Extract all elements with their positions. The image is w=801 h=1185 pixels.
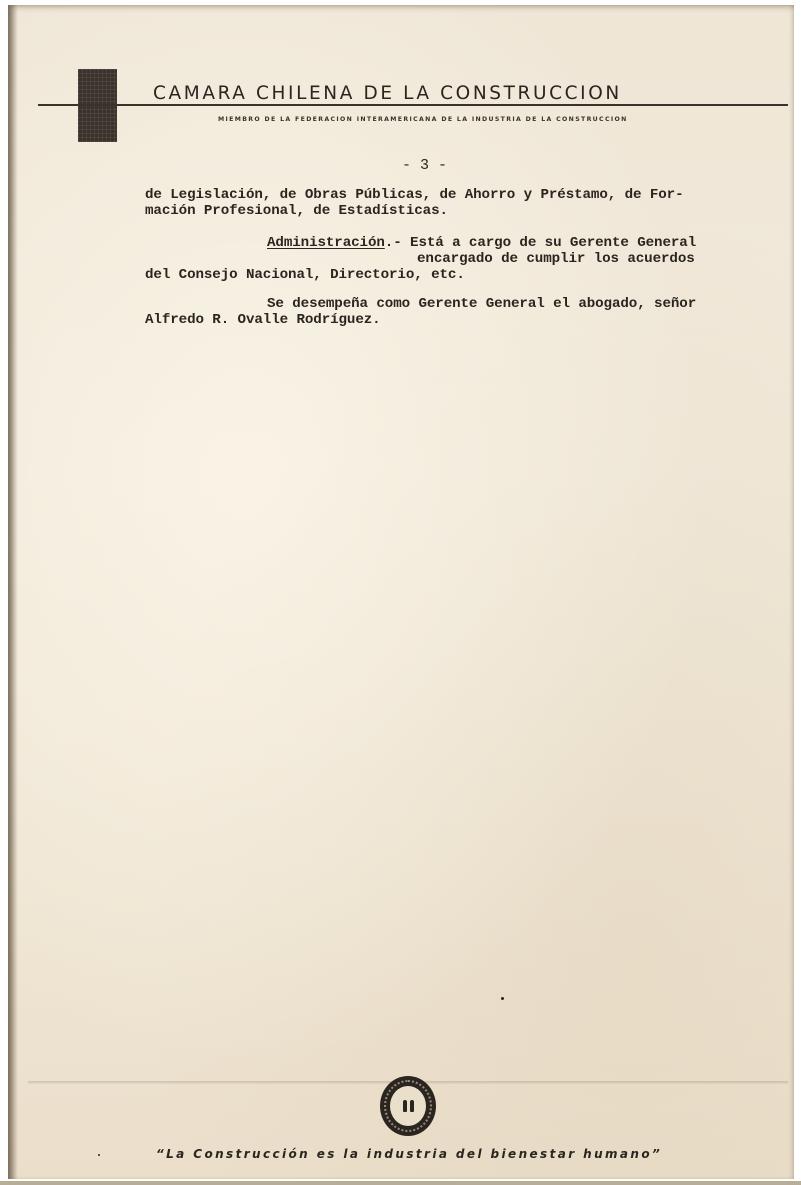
text-line: Administración.- Está a cargo de su Gere… — [145, 235, 755, 251]
page-edge-shadow — [8, 5, 18, 1179]
document-page: CAMARA CHILENA DE LA CONSTRUCCION MIEMBR… — [8, 5, 794, 1179]
text-line: de Legislación, de Obras Públicas, de Ah… — [145, 187, 755, 203]
footer-motto: “La Construcción es la industria del bie… — [156, 1147, 662, 1161]
document-body: de Legislación, de Obras Públicas, de Ah… — [145, 187, 755, 328]
text-line: Alfredo R. Ovalle Rodríguez. — [145, 312, 755, 328]
heading-suffix: .- Está a cargo de su Gerente General — [385, 235, 696, 251]
letterhead-subtitle: MIEMBRO DE LA FEDERACION INTERAMERICANA … — [218, 116, 628, 123]
text-line: encargado de cumplir los acuerdos — [145, 251, 755, 267]
text-line: Se desempeña como Gerente General el abo… — [145, 296, 755, 312]
paragraph-administration: Administración.- Está a cargo de su Gere… — [145, 235, 755, 283]
text-line: del Consejo Nacional, Directorio, etc. — [145, 267, 755, 283]
ink-speck — [501, 997, 504, 1000]
ink-speck — [98, 1154, 100, 1156]
letterhead-title: CAMARA CHILENA DE LA CONSTRUCCION — [153, 83, 622, 104]
scan-bottom-edge — [0, 1181, 801, 1185]
paragraph-committees: de Legislación, de Obras Públicas, de Ah… — [145, 187, 755, 219]
letterhead-rule — [38, 104, 788, 106]
page-number: - 3 - — [402, 157, 447, 174]
section-heading-administration: Administración — [267, 235, 385, 251]
text-line: mación Profesional, de Estadísticas. — [145, 203, 755, 219]
paragraph-general-manager: Se desempeña como Gerente General el abo… — [145, 296, 755, 328]
seal-ring — [384, 1080, 432, 1132]
chamber-seal-icon — [380, 1076, 436, 1136]
